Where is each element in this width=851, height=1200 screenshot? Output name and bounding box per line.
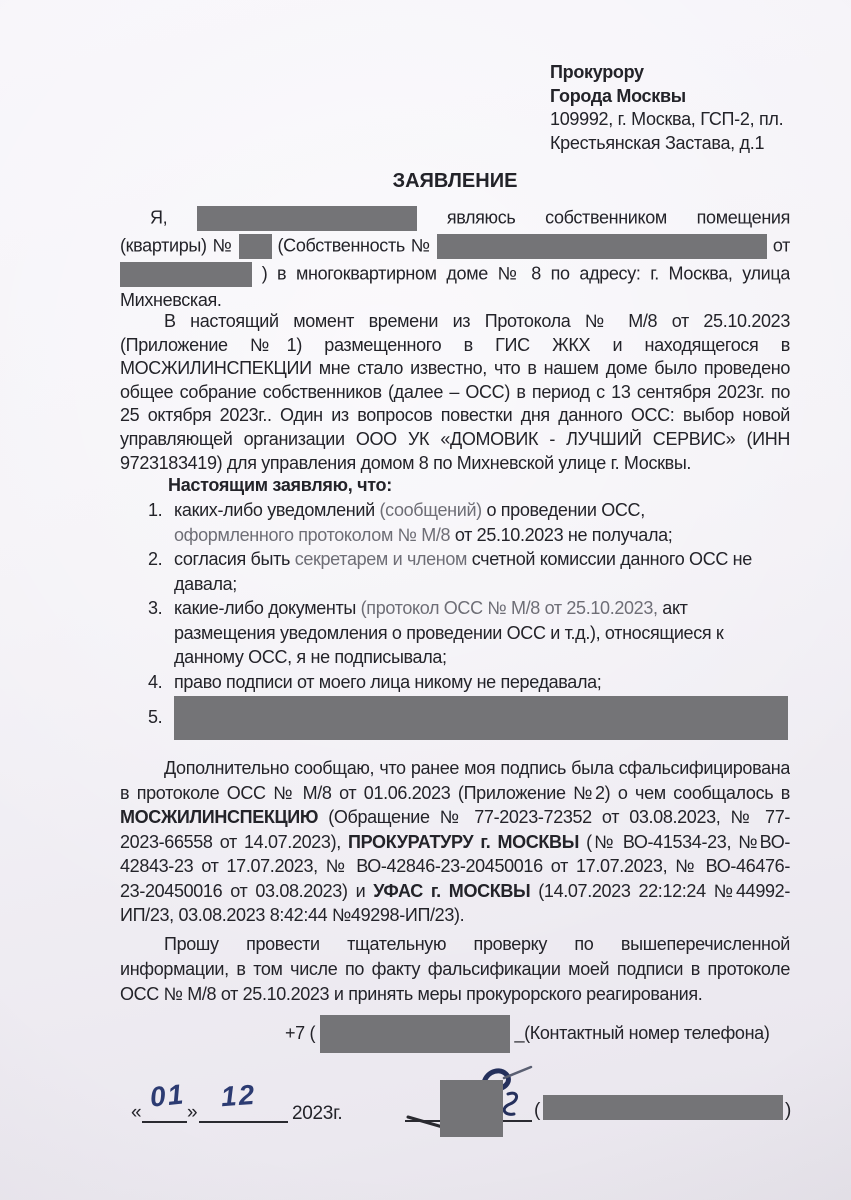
text-line: Дополнительно сообщаю, что ранее моя под… — [120, 758, 790, 783]
quote-close: » — [187, 1102, 197, 1124]
text-run: управляющей организации ООО УК «ДОМОВИК … — [120, 429, 790, 449]
text-line: В настоящий момент времени из Протокола … — [120, 311, 790, 335]
text-run: МОСЖИЛИНСПЕКЦИИ мне стало известно, что … — [120, 358, 790, 378]
text-run: являюсь собственником помещения — [447, 207, 790, 227]
handwritten-month: 12 — [220, 1079, 257, 1113]
text-line: 25 октября 2023г.. Один из вопросов пове… — [120, 405, 790, 429]
list-number: 2. — [148, 549, 174, 570]
text-line: ) в многоквартирном доме № 8 по адресу: … — [120, 262, 790, 290]
text-line: 1.каких-либо уведомлений (сообщений) о п… — [148, 500, 790, 525]
text-line: МОСЖИЛИНСПЕКЦИИ мне стало известно, что … — [120, 358, 790, 382]
text-run: размещения уведомления о проведении ОСС … — [174, 623, 723, 643]
text-run: +7 ( — [285, 1023, 315, 1043]
month-blank: 12 — [199, 1088, 288, 1123]
text-line: 4.право подписи от моего лица никому не … — [148, 672, 790, 697]
text-line: (квартиры) № (Собственность № от — [120, 234, 790, 262]
text-run: информации, в том числе по факту фальсиф… — [120, 959, 790, 979]
text-line: 5. — [148, 696, 790, 743]
text-run: акт — [662, 598, 687, 618]
text-run: _(Контактный номер телефона) — [514, 1023, 769, 1043]
paragraph-additional: Дополнительно сообщаю, что ранее моя под… — [120, 758, 790, 930]
recipient-line: Прокурору — [550, 62, 796, 86]
text-run: каких-либо уведомлений — [174, 500, 375, 520]
text-line: давала; — [148, 574, 790, 599]
text-run: Прошу провести тщательную проверку по вы… — [164, 934, 790, 954]
text-line: 42843-23 от 17.07.2023, № ВО-42846-23-20… — [120, 856, 790, 881]
recipient-line: Города Москвы — [550, 86, 796, 110]
text-run: какие-либо документы — [174, 598, 356, 618]
text-line: оформленного протоколом № М/8 от 25.10.2… — [148, 525, 790, 550]
redaction-bar — [320, 1015, 510, 1053]
year-label: 2023г. — [292, 1103, 342, 1125]
redaction-bar — [120, 262, 252, 287]
text-run: В настоящий момент времени из Протокола … — [164, 311, 790, 331]
paren-close: ) — [785, 1100, 791, 1122]
list-number: 3. — [148, 598, 174, 619]
day-blank: 01 — [142, 1088, 187, 1123]
text-run: данному ОСС, я не подписывала; — [174, 647, 447, 667]
name-redaction-bar — [543, 1095, 783, 1120]
list-number: 1. — [148, 500, 174, 521]
text-run: секретарем и членом — [295, 549, 467, 569]
text-run: в протоколе ОСС № М/8 от 01.06.2023 (При… — [120, 783, 790, 803]
document-photo: ПрокуроруГорода Москвы109992, г. Москва,… — [0, 0, 851, 1200]
text-run: ОСС № М/8 от 25.10.2023 и принять меры п… — [120, 984, 702, 1004]
text-run: УФАС г. МОСКВЫ — [373, 881, 530, 901]
text-line: размещения уведомления о проведении ОСС … — [148, 623, 790, 648]
text-run: МОСЖИЛИНСПЕКЦИЮ — [120, 807, 318, 827]
text-run: Михневская. — [120, 290, 222, 310]
paragraph-ownership: Я, являюсь собственником помещения(кварт… — [120, 206, 790, 318]
handwritten-day: 01 — [148, 1078, 186, 1113]
text-run: (№ ВО-41534-23, №ВО- — [586, 832, 790, 852]
text-run: согласия быть — [174, 549, 290, 569]
text-line: информации, в том числе по факту фальсиф… — [120, 959, 790, 984]
text-line: ИП/23, 03.08.2023 8:42:44 №49298-ИП/23). — [120, 905, 790, 930]
text-run: (Обращение № 77-2023-72352 от 03.08.2023… — [328, 807, 790, 827]
signature-redaction-box — [440, 1080, 503, 1137]
text-run: 9723183419) для управления домом 8 по Ми… — [120, 453, 691, 473]
paragraph-request: Прошу провести тщательную проверку по вы… — [120, 934, 790, 1009]
text-run: 23-20450016 от 03.08.2023) и — [120, 881, 365, 901]
phone-line: +7 ( _(Контактный номер телефона) — [120, 1012, 790, 1053]
text-run: счетной комиссии данного ОСС не — [472, 549, 752, 569]
text-line: в протоколе ОСС № М/8 от 01.06.2023 (При… — [120, 783, 790, 808]
document-title: ЗАЯВЛЕНИЕ — [120, 170, 790, 193]
text-run: право подписи от моего лица никому не пе… — [174, 672, 601, 692]
recipient-line: Крестьянская Застава, д.1 — [550, 133, 796, 157]
text-line: 9723183419) для управления домом 8 по Ми… — [120, 453, 790, 477]
text-run: Я, — [150, 207, 167, 227]
text-run: (Приложение №1) размещенного в ГИС ЖКХ и… — [120, 335, 790, 355]
recipient-block: ПрокуроруГорода Москвы109992, г. Москва,… — [550, 62, 796, 156]
claims-list: 1.каких-либо уведомлений (сообщений) о п… — [148, 500, 790, 743]
text-run: (14.07.2023 22:12:24 №44992- — [538, 881, 790, 901]
recipient-line: 109992, г. Москва, ГСП-2, пл. — [550, 109, 796, 133]
text-run: оформленного протоколом № М/8 — [174, 525, 450, 545]
text-run: (квартиры) № — [120, 235, 233, 255]
text-line: 2023-66558 от 14.07.2023), ПРОКУРАТУРУ г… — [120, 832, 790, 857]
text-line: общее собрание собственников (далее – ОС… — [120, 382, 790, 406]
text-line: 2.согласия быть секретарем и членом счет… — [148, 549, 790, 574]
text-line: Прошу провести тщательную проверку по вы… — [120, 934, 790, 959]
text-run: Дополнительно сообщаю, что ранее моя под… — [164, 758, 790, 778]
text-line: (Приложение №1) размещенного в ГИС ЖКХ и… — [120, 335, 790, 359]
redaction-bar — [174, 696, 788, 740]
text-run: ИП/23, 03.08.2023 8:42:44 №49298-ИП/23). — [120, 905, 464, 925]
text-line: 3.какие-либо документы (протокол ОСС № М… — [148, 598, 790, 623]
paragraph-protocol: В настоящий момент времени из Протокола … — [120, 311, 790, 476]
paren-open: ( — [534, 1100, 540, 1122]
text-run: 25 октября 2023г.. Один из вопросов пове… — [120, 405, 790, 425]
text-line: 23-20450016 от 03.08.2023) и УФАС г. МОС… — [120, 881, 790, 906]
text-run: 2023-66558 от 14.07.2023), — [120, 832, 341, 852]
quote-open: « — [131, 1102, 141, 1124]
text-run: ПРОКУРАТУРУ г. МОСКВЫ — [348, 832, 579, 852]
text-run: от — [773, 235, 790, 255]
text-line: МОСЖИЛИНСПЕКЦИЮ (Обращение № 77-2023-723… — [120, 807, 790, 832]
text-line: данному ОСС, я не подписывала; — [148, 647, 790, 672]
text-run: давала; — [174, 574, 237, 594]
redaction-bar — [197, 206, 417, 231]
text-line: Я, являюсь собственником помещения — [120, 206, 790, 234]
redaction-bar — [437, 234, 767, 259]
list-number: 5. — [148, 707, 174, 728]
text-run: о проведении ОСС, — [486, 500, 644, 520]
text-line: ОСС № М/8 от 25.10.2023 и принять меры п… — [120, 984, 790, 1009]
text-run: (протокол ОСС № М/8 от 25.10.2023, — [361, 598, 658, 618]
text-line: +7 ( _(Контактный номер телефона) — [120, 1012, 790, 1053]
text-run: ) в многоквартирном доме № 8 по адресу: … — [262, 263, 790, 283]
text-run: 42843-23 от 17.07.2023, № ВО-42846-23-20… — [120, 856, 790, 876]
text-run: (Собственность № — [278, 235, 431, 255]
text-run: от 25.10.2023 не получала; — [455, 525, 673, 545]
text-run: общее собрание собственников (далее – ОС… — [120, 382, 790, 402]
text-run: (сообщений) — [379, 500, 481, 520]
text-line: управляющей организации ООО УК «ДОМОВИК … — [120, 429, 790, 453]
list-number: 4. — [148, 672, 174, 693]
declaration-heading: Настоящим заявляю, что: — [120, 475, 838, 496]
redaction-bar — [239, 234, 272, 259]
